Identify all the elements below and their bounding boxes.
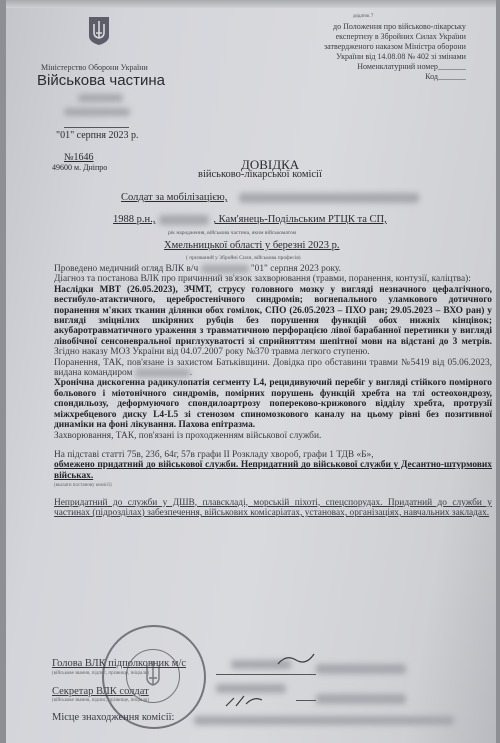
nomenclature-number: Номенклатурний номер_______ — [324, 62, 466, 72]
commission-head: Голова ВЛК підполковник м/с — [52, 658, 186, 669]
redacted-location — [194, 716, 454, 725]
service-restrictions: Непридатний до служби у ДШВ, плавскладі,… — [54, 498, 492, 519]
person-birth-line: 1988 р.н.,, Кам'янець-Подільським РТЦК т… — [113, 214, 387, 225]
annex-block: до Положення про військово-лікарську екс… — [324, 22, 466, 82]
draft-caption: ( призваний у Збройні Сили, військова пр… — [186, 255, 301, 261]
verdict-caption: (вказати постанову комісії) — [54, 481, 492, 491]
disease-relation: Захворювання, ТАК, пов'язані із проходже… — [54, 431, 492, 441]
commission-verdict: обмежено придатний до військової служби.… — [54, 460, 492, 481]
commission-location: Місце знаходження комісії: — [52, 712, 174, 723]
diagnosis-1: Наслідки МВТ (26.05.2023), ЗЧМТ, струсу … — [54, 285, 492, 358]
head-caption: (військове звання, підпис, прізвище, іні… — [52, 671, 149, 676]
signature-scrawl — [276, 650, 316, 668]
redacted-secretary-name — [316, 694, 406, 704]
redacted-unit — [201, 265, 249, 273]
annex-line: експертизу в Збройних Силах України — [324, 32, 466, 42]
document-body: Проведено медичний огляд ВЛК в/ч "01" се… — [54, 264, 492, 518]
document-city: 49600 м. Дніпро — [52, 163, 107, 172]
annex-line: України від 14.08.08 № 402 зі змінами — [324, 52, 466, 62]
redacted-head-name — [316, 664, 406, 674]
commission-secretary: Секретар ВЛК солдат — [52, 686, 149, 697]
annex-label: додаток 7 — [353, 14, 373, 19]
legal-basis: На підставі статті 75в, 23б, 64г, 57в гр… — [54, 450, 492, 460]
drafted-by: , Кам'янець-Подільським РТЦК та СП, — [213, 214, 386, 225]
document-number: №1646 — [64, 152, 94, 163]
ministry-name: Міністерство Оборони України — [41, 63, 148, 72]
redacted-commander — [135, 369, 190, 377]
birth-year: 1988 р.н., — [113, 214, 155, 225]
signature-scrawl — [224, 690, 264, 710]
diagnosis-2: Хронічна дискогенна радикулопатія сегмен… — [54, 378, 492, 430]
date-divider — [64, 127, 129, 128]
annex-line: до Положення про військово-лікарську — [324, 22, 466, 32]
military-unit-label: Військова частина — [37, 72, 165, 89]
diagnosis-intro: Діагноз та постанова ВЛК про причинний з… — [54, 274, 492, 284]
redacted-full-name — [239, 193, 419, 203]
document-subtitle: військово-лікарської комісії — [198, 169, 322, 180]
injury-relation: Поранення, ТАК, пов'язане із захистом Ба… — [54, 358, 492, 379]
annex-line: затвердженого наказом Міністра оборони — [324, 42, 466, 52]
redacted-unit — [159, 215, 209, 225]
birth-caption: рік народження, військова частина, яким … — [168, 230, 296, 236]
document-page: Міністерство Оборони України Військова ч… — [6, 0, 496, 743]
tryzub-icon — [88, 16, 110, 46]
secretary-caption: (військове звання, підпис, прізвище, іні… — [52, 698, 149, 703]
code-field: Код_______ — [324, 72, 466, 82]
person-rank: Солдат за мобілізацією, — [121, 192, 227, 203]
exam-line: Проведено медичний огляд ВЛК в/ч "01" се… — [54, 264, 492, 274]
draft-region: Хмельницької області у березні 2023 р. — [164, 240, 340, 251]
document-date: "01" серпня 2023 р. — [56, 130, 138, 141]
redacted-unit-address — [64, 108, 130, 116]
redacted-unit-number — [78, 94, 123, 102]
person-rank-line: Солдат за мобілізацією, — [121, 192, 419, 203]
